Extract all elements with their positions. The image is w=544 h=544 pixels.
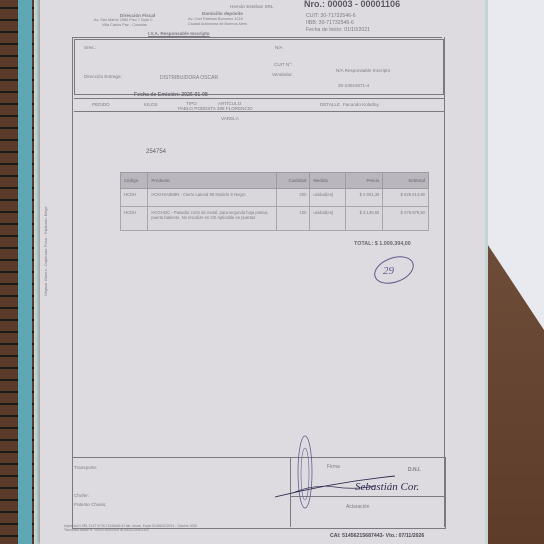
- order-row-bottom: [74, 111, 444, 112]
- cuit: CUIT: 30-71732546-6: [306, 13, 356, 19]
- reference-number: 254754: [146, 149, 166, 155]
- iibb: IIBB: 30-71732546-6: [306, 20, 354, 26]
- header-codigo: Código: [121, 173, 148, 189]
- table-row: HCDH HCKHSA90BN - Cierre Lateral 90 Mode…: [121, 189, 429, 207]
- order-row-top: [74, 98, 444, 99]
- svg-text:29: 29: [383, 265, 395, 277]
- cell-medida: unidad(es): [310, 207, 345, 231]
- header-medida: Medida: [310, 173, 345, 189]
- na-value: N/A: [275, 45, 283, 50]
- srs-label: Sres.:: [84, 45, 96, 50]
- detalle-value: Facundo Kolodny: [343, 102, 379, 107]
- header-divider: [72, 37, 442, 38]
- svg-text:Sebastián Cor.: Sebastián Cor.: [355, 481, 419, 493]
- cell-precio: $ 3.139,50: [345, 207, 382, 231]
- table-row: HCDH HCGHI2C - Pasador corto de metal, p…: [121, 207, 429, 231]
- header-producto: Producto: [148, 173, 277, 189]
- fiscal-address-2: Villa Carlos Paz - Córdoba: [102, 23, 147, 27]
- cell-codigo: HCDH: [121, 207, 148, 231]
- printer-line-2: Talonarios desde N° 00003-00000901 al 00…: [64, 528, 149, 532]
- handwritten-mark-icon: 29: [370, 252, 418, 288]
- invoice-document: Hernán Esteban SRL Dirección Fiscal Av. …: [40, 0, 485, 544]
- delivery-label: Dirección Entrega:: [84, 74, 122, 79]
- cell-medida: unidad(es): [310, 189, 345, 207]
- cell-cantidad: 200: [277, 189, 310, 207]
- cuit-label: CUIT N°:: [274, 62, 292, 67]
- left-margin-line: [72, 37, 73, 527]
- seller-cuit: 20-23024871-4: [338, 83, 369, 88]
- cell-subtotal: $ 629.514,60: [383, 189, 429, 207]
- driver-label: Chofer:: [74, 493, 89, 498]
- table-header-row: Código Producto Cantidad Medida Precio S…: [121, 173, 429, 189]
- cell-codigo: HCDH: [121, 189, 148, 207]
- invoice-number: Nro.: 00003 - 00001106: [304, 0, 400, 9]
- deposit-address-2: Ciudad Autónoma de Buenos Aires: [188, 22, 247, 26]
- header-subtotal: Subtotal: [383, 173, 429, 189]
- transport-label: Transporte:: [74, 465, 97, 470]
- company-line: Hernán Esteban SRL: [230, 4, 273, 9]
- cell-subtotal: $ 379.879,50: [383, 207, 429, 231]
- col-pedido: PEDIDO: [92, 102, 110, 107]
- delivery-city: VARELA: [221, 116, 239, 121]
- client-iva: N/A Responsable Inscripto: [336, 68, 390, 73]
- col-detalle: DETALLE: [320, 102, 340, 107]
- header-precio: Precio: [345, 173, 382, 189]
- client-box: [74, 39, 444, 95]
- cell-producto: HCKHSA90BN - Cierre Lateral 90 Modelo S …: [148, 189, 277, 207]
- notebook-spine: [18, 0, 32, 544]
- cell-producto: HCGHI2C - Pasador corto de metal, para s…: [148, 207, 277, 231]
- seller-label: Vendedor:: [272, 72, 293, 77]
- cell-precio: $ 2.601,30: [345, 189, 382, 207]
- cai-line: CAI: 51456215687443- Vto.: 07/11/2026: [330, 533, 424, 539]
- invoice-total: TOTAL: $ 1.009.394,00: [354, 241, 411, 247]
- start-date: Fecha de Inicio: 01/10/2021: [306, 27, 370, 33]
- delivery-value: DISTRIBUIDORA OSCAR: [160, 75, 218, 81]
- col-kilos: KILOS: [144, 102, 158, 107]
- cell-cantidad: 100: [277, 207, 310, 231]
- header-cantidad: Cantidad: [277, 173, 310, 189]
- signature-icon: Sebastián Cor.: [275, 432, 455, 512]
- products-table: Código Producto Cantidad Medida Precio S…: [120, 172, 429, 231]
- plate-label: Patente Chasis:: [74, 502, 106, 507]
- copy-legend: Original: Blanco - Duplicado: Rosa - Tri…: [44, 207, 48, 296]
- fiscal-address-1: Av. San Martín 2380 Piso 7 Dpto C: [94, 18, 153, 22]
- iva-condition: I.V.A. Responsable Inscripto: [148, 31, 210, 36]
- deposit-address-1: Av. Cnel Esteban Bonorino 1218: [188, 17, 243, 21]
- deposit-label: Domicilio depósito: [202, 11, 243, 16]
